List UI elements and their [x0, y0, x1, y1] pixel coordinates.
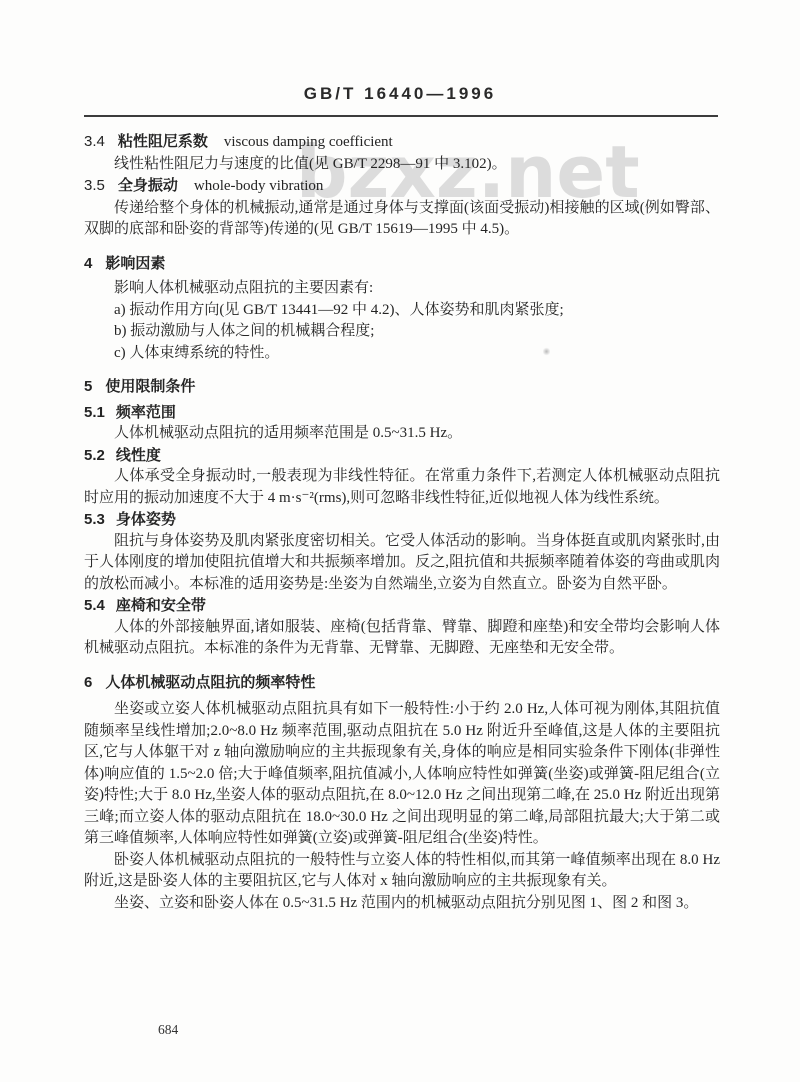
section-title: 使用限制条件 [105, 378, 195, 395]
subsection-5-3-heading: 5.3身体姿势 [84, 509, 720, 531]
subsection-number: 5.3 [84, 511, 105, 528]
subsection-5-4-body: 人体的外部接触界面,诸如服装、座椅(包括背靠、臂靠、脚蹬和座垫)和安全带均会影响… [84, 617, 720, 660]
term-number: 3.4 [84, 133, 105, 150]
standard-number-header: GB/T 16440—1996 [0, 84, 800, 104]
term-english: whole-body vibration [194, 178, 324, 194]
section-4-item-b: b) 振动激励与人体之间的机械耦合程度; [84, 321, 720, 343]
subsection-5-1-heading: 5.1频率范围 [84, 402, 720, 424]
term-english: viscous damping coefficient [224, 134, 393, 150]
subsection-5-3-body: 阻抗与身体姿势及肌肉紧张度密切相关。它受人体活动的影响。当身体挺直或肌肉紧张时,… [84, 531, 720, 596]
section-number: 6 [84, 674, 92, 691]
term-3-5-definition: 传递给整个身体的机械振动,通常是通过身体与支撑面(该面受振动)相接触的区域(例如… [84, 198, 720, 241]
section-6-paragraph-1: 坐姿或立姿人体机械驱动点阻抗具有如下一般特性:小于约 2.0 Hz,人体可视为刚… [84, 699, 720, 850]
subsection-number: 5.1 [84, 404, 105, 421]
section-4-item-a: a) 振动作用方向(见 GB/T 13441—92 中 4.2)、人体姿势和肌肉… [84, 300, 720, 322]
term-chinese: 粘性阻尼系数 [118, 133, 208, 150]
subsection-5-2-heading: 5.2线性度 [84, 445, 720, 467]
term-3-5-heading: 3.5全身振动whole-body vibration [84, 175, 720, 198]
page-number: 684 [158, 1022, 178, 1038]
section-title: 人体机械驱动点阻抗的频率特性 [105, 674, 315, 691]
subsection-title: 频率范围 [116, 404, 176, 421]
subsection-5-2-body: 人体承受全身振动时,一般表现为非线性特征。在常重力条件下,若测定人体机械驱动点阻… [84, 466, 720, 509]
section-4-heading: 4影响因素 [84, 253, 720, 275]
subsection-5-1-body: 人体机械驱动点阻抗的适用频率范围是 0.5~31.5 Hz。 [84, 423, 720, 445]
section-number: 4 [84, 255, 92, 272]
section-title: 影响因素 [105, 255, 165, 272]
section-6-paragraph-3: 坐姿、立姿和卧姿人体在 0.5~31.5 Hz 范围内的机械驱动点阻抗分别见图 … [84, 893, 720, 915]
section-4-intro: 影响人体机械驱动点阻抗的主要因素有: [84, 278, 720, 300]
section-4-item-c: c) 人体束缚系统的特性。 [84, 343, 720, 365]
term-3-4-definition: 线性粘性阻尼力与速度的比值(见 GB/T 2298—91 中 3.102)。 [84, 154, 720, 176]
subsection-title: 座椅和安全带 [116, 597, 206, 614]
subsection-title: 身体姿势 [116, 511, 176, 528]
document-body: 3.4粘性阻尼系数viscous damping coefficient 线性粘… [84, 131, 720, 914]
subsection-5-4-heading: 5.4座椅和安全带 [84, 595, 720, 617]
section-5-heading: 5使用限制条件 [84, 376, 720, 398]
document-page: GB/T 16440—1996 bzxz.net 3.4粘性阻尼系数viscou… [0, 0, 800, 1082]
section-number: 5 [84, 378, 92, 395]
subsection-number: 5.4 [84, 597, 105, 614]
subsection-number: 5.2 [84, 447, 105, 464]
section-6-paragraph-2: 卧姿人体机械驱动点阻抗的一般特性与立姿人体的特性相似,而其第一峰值频率出现在 8… [84, 850, 720, 893]
section-6-heading: 6人体机械驱动点阻抗的频率特性 [84, 672, 720, 694]
subsection-title: 线性度 [116, 447, 161, 464]
header-rule [84, 115, 718, 117]
term-3-4-heading: 3.4粘性阻尼系数viscous damping coefficient [84, 131, 720, 154]
term-number: 3.5 [84, 177, 105, 194]
term-chinese: 全身振动 [118, 177, 178, 194]
